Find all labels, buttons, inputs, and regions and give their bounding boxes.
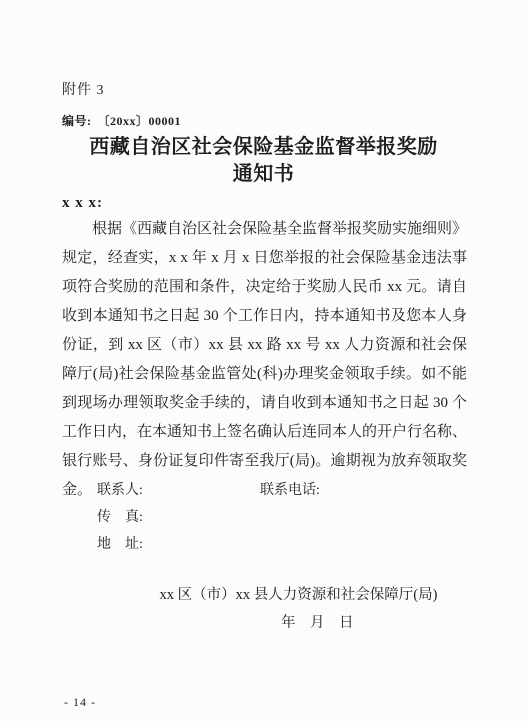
doc-number-line: 编号:〔20xx〕00001: [62, 112, 181, 129]
salutation: x x x:: [62, 195, 103, 212]
contact-person-label: 联系人:: [97, 483, 143, 498]
contact-phone-label: 联系电话:: [260, 477, 320, 504]
page-number: - 14 -: [64, 695, 96, 710]
document-title: 西藏自治区社会保险基金监督举报奖励 通知书: [0, 134, 527, 188]
issuing-agency-signature: xx 区（市）xx 县人力资源和社会保障厅(局): [70, 583, 527, 604]
contact-section: 联系人: 联系电话: 传 真: 地 址:: [97, 477, 427, 558]
scanned-document-page: 附件 3 编号:〔20xx〕00001 西藏自治区社会保险基金监督举报奖励 通知…: [0, 0, 527, 721]
attachment-label: 附件 3: [62, 79, 105, 99]
contact-row-person-phone: 联系人: 联系电话:: [97, 477, 427, 504]
contact-row-fax: 传 真:: [97, 504, 427, 531]
body-paragraph: 根据《西藏自治区社会保险基全监督举报奖励实施细则》规定，经查实，x x 年 x …: [62, 215, 467, 505]
fax-label: 传 真:: [97, 510, 143, 525]
document-title-line2: 通知书: [0, 161, 527, 188]
contact-row-address: 地 址:: [97, 531, 427, 558]
signature-date-line: 年 月 日: [281, 611, 354, 632]
doc-number-label: 编号:: [62, 114, 92, 128]
document-title-line1: 西藏自治区社会保险基金监督举报奖励: [0, 134, 527, 161]
address-label: 地 址:: [97, 537, 143, 552]
doc-number-value: 〔20xx〕00001: [98, 114, 182, 128]
